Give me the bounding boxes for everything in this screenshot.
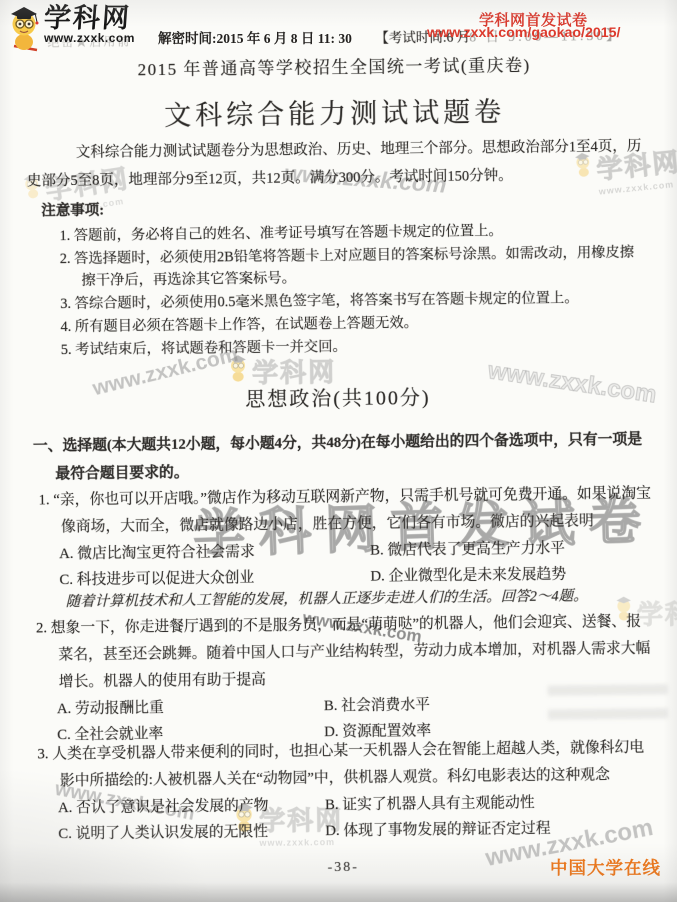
scan-layer: www.zxxk.com www.zxxk.com www.zxxk.com w… xyxy=(0,0,677,902)
notice-item: 2. 答选择题时，必须使用2B铅笔将答题卡上对应题目的答案标号涂黑。如需改动，用… xyxy=(60,242,645,293)
decrypt-time: 解密时间:2015 年 6 月 8 日 11: 30 xyxy=(158,27,352,47)
intro-paragraph: 文科综合能力测试试题卷分为思想政治、历史、地理三个部分。思想政治部分1至4页，历… xyxy=(26,132,652,195)
overlay-url: www.zxxk.com/gaokao/2015/ xyxy=(427,25,620,41)
section-instruction: 一、选择题(本大题共12小题，每小题4分，共48分)在每小题给出的四个备选项中，… xyxy=(33,426,652,488)
question-option: B. 微店代表了更高生产力水平 xyxy=(370,535,654,564)
zxxk-mascot-icon xyxy=(6,3,42,53)
exam-title: 2015 年普通高等学校招生全国统一考试(重庆卷) xyxy=(0,49,673,82)
question-3: 3. 人类在享受机器人带来便利的同时，也担心某一天机器人会在智能上超越人类，就像… xyxy=(37,734,657,847)
question-options: A. 否认了意识是社会发展的产物 B. 证实了机器人具有主观能动性 C. 说明了… xyxy=(38,789,658,847)
scanned-exam-page: www.zxxk.com www.zxxk.com www.zxxk.com w… xyxy=(0,0,677,902)
question-option: B. 社会消费水平 xyxy=(324,690,656,719)
logo-site-url: www.zxxk.com xyxy=(44,31,135,45)
notice-list: 1. 答题前，务必将自己的姓名、准考证号填写在答题卡规定的位置上。 2. 答选择… xyxy=(59,219,646,363)
question-option: A. 微店比淘宝更符合社会需求 xyxy=(59,539,370,568)
question-stem: 1. “亲，你也可以开店哦。”微店作为移动互联网新产物，只需手机号就可免费开通。… xyxy=(38,480,654,541)
logo-site-name: 学科网 xyxy=(43,3,136,33)
question-option: D. 体现了事物发展的辩证否定过程 xyxy=(325,815,657,844)
question-option: A. 否认了意识是社会发展的产物 xyxy=(58,793,325,822)
notice-heading: 注意事项: xyxy=(41,199,104,221)
brand-overlay: 中国大学在线 xyxy=(550,855,661,880)
question-1: 1. “亲，你也可以开店哦。”微店作为移动互联网新产物，只需手机号就可免费开通。… xyxy=(38,480,654,593)
question-option: C. 说明了人类认识发展的无限性 xyxy=(58,819,325,848)
page-title: 文科综合能力测试试题卷 xyxy=(0,88,673,135)
question-option: B. 证实了机器人具有主观能动性 xyxy=(325,789,657,818)
question-stem: 2. 想象一下，你走进餐厅遇到的不是服务员，而是“萌萌哒”的机器人，他们会迎宾、… xyxy=(36,608,656,696)
question-option: A. 劳动报酬比重 xyxy=(57,694,324,723)
question-2: 2. 想象一下，你走进餐厅遇到的不是服务员，而是“萌萌哒”的机器人，他们会迎宾、… xyxy=(36,608,656,748)
question-stem: 3. 人类在享受机器人带来便利的同时，也担心某一天机器人会在智能上超越人类，就像… xyxy=(37,734,657,795)
zxxk-logo: 学科网 www.zxxk.com xyxy=(6,3,135,53)
